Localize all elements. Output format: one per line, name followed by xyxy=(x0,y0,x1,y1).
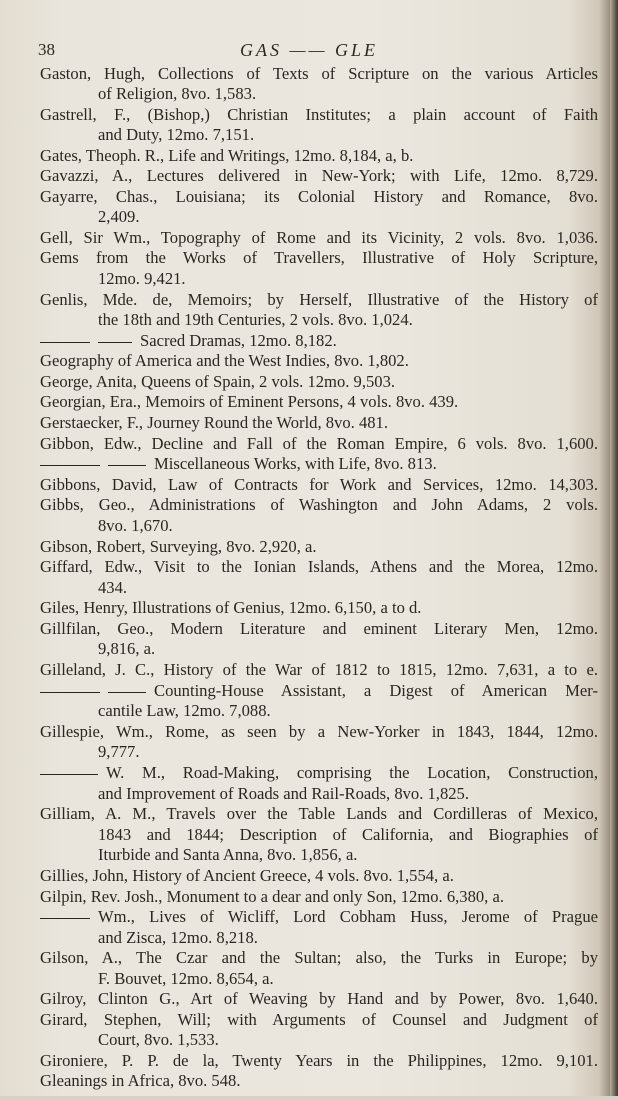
entry-text: Sacred Dramas, 12mo. 8,182. xyxy=(140,331,337,350)
entry-text: Gilpin, Rev. Josh., Monument to a dear a… xyxy=(40,887,504,906)
entry-text: Gilliam, A. M., Travels over the Table L… xyxy=(40,804,598,823)
entry-text: 8vo. 1,670. xyxy=(98,516,173,535)
catalog-entry-continuation: and Zisca, 12mo. 8,218. xyxy=(98,928,598,948)
entry-text: and Zisca, 12mo. 8,218. xyxy=(98,928,258,947)
entry-text: Gates, Theoph. R., Life and Writings, 12… xyxy=(40,146,413,165)
entry-text: Gironiere, P. P. de la, Twenty Years in … xyxy=(40,1051,598,1070)
catalog-entry-line: Gironiere, P. P. de la, Twenty Years in … xyxy=(40,1051,598,1071)
entry-text: 434. xyxy=(98,578,127,597)
entry-text: Miscellaneous Works, with Life, 8vo. 813… xyxy=(154,454,437,473)
entry-text: Gaston, Hugh, Collections of Texts of Sc… xyxy=(40,64,598,83)
ditto-rule xyxy=(108,692,146,693)
entry-text: Geography of America and the West Indies… xyxy=(40,351,409,370)
catalog-entry-line: Gastrell, F., (Bishop,) Christian Instit… xyxy=(40,105,598,125)
entry-text: 1843 and 1844; Description of California… xyxy=(98,825,598,844)
catalog-entry-line: Gleanings in Africa, 8vo. 548. xyxy=(40,1071,598,1091)
page-bottom-edge xyxy=(0,1096,618,1100)
entry-text: 12mo. 9,421. xyxy=(98,269,186,288)
catalog-entry-line: Gates, Theoph. R., Life and Writings, 12… xyxy=(40,146,598,166)
catalog-entry-line: Girard, Stephen, Will; with Arguments of… xyxy=(40,1010,598,1030)
catalog-entry-continuation: Court, 8vo. 1,533. xyxy=(98,1030,598,1050)
entry-text: Gibbon, Edw., Decline and Fall of the Ro… xyxy=(40,434,598,453)
catalog-entry-continuation: 8vo. 1,670. xyxy=(98,516,598,536)
catalog-entry-continuation: and Improvement of Roads and Rail-Roads,… xyxy=(98,784,598,804)
catalog-entry-line: Gems from the Works of Travellers, Illus… xyxy=(40,248,598,268)
catalog-entry-line: Gell, Sir Wm., Topography of Rome and it… xyxy=(40,228,598,248)
entry-text: F. Bouvet, 12mo. 8,654, a. xyxy=(98,969,274,988)
catalog-entry-continuation: the 18th and 19th Centuries, 2 vols. 8vo… xyxy=(98,310,598,330)
page-spine-edge xyxy=(610,0,618,1100)
entry-text: Court, 8vo. 1,533. xyxy=(98,1030,219,1049)
entry-text: Gillies, John, History of Ancient Greece… xyxy=(40,866,454,885)
catalog-entry-line: Gillies, John, History of Ancient Greece… xyxy=(40,866,598,886)
ditto-rule xyxy=(40,465,100,466)
entry-text: and Duty, 12mo. 7,151. xyxy=(98,125,254,144)
catalog-entry-line: Gilson, A., The Czar and the Sultan; als… xyxy=(40,948,598,968)
entry-text: Georgian, Era., Memoirs of Eminent Perso… xyxy=(40,392,458,411)
catalog-entry-line: Gayarre, Chas., Louisiana; its Colonial … xyxy=(40,187,598,207)
entry-text: Gavazzi, A., Lectures delivered in New-Y… xyxy=(40,166,598,185)
catalog-entry-continuation: Iturbide and Santa Anna, 8vo. 1,856, a. xyxy=(98,845,598,865)
entry-text: Gerstaecker, F., Journey Round the World… xyxy=(40,413,388,432)
catalog-entry-line: Giles, Henry, Illustrations of Genius, 1… xyxy=(40,598,598,618)
catalog-entry-line: Gibbons, David, Law of Contracts for Wor… xyxy=(40,475,598,495)
catalog-entry-line: Gibbs, Geo., Administrations of Washingt… xyxy=(40,495,598,515)
entry-text: Wm., Lives of Wicliff, Lord Cobham Huss,… xyxy=(98,907,598,926)
running-head: GAS —— GLE xyxy=(240,40,378,61)
page-number: 38 xyxy=(38,40,55,60)
entry-text: Gibson, Robert, Surveying, 8vo. 2,920, a… xyxy=(40,537,317,556)
catalog-entry-continuation: 2,409. xyxy=(98,207,598,227)
entry-text: Gleanings in Africa, 8vo. 548. xyxy=(40,1071,240,1090)
catalog-entry-line: Gavazzi, A., Lectures delivered in New-Y… xyxy=(40,166,598,186)
entry-text: Gillfilan, Geo., Modern Literature and e… xyxy=(40,619,598,638)
catalog-entry-line: Gilleland, J. C., History of the War of … xyxy=(40,660,598,680)
entry-text: Counting-House Assistant, a Digest of Am… xyxy=(154,681,598,700)
catalog-entry-line: Gaston, Hugh, Collections of Texts of Sc… xyxy=(40,64,598,84)
catalog-entry-continuation: 12mo. 9,421. xyxy=(98,269,598,289)
entry-text: Gillespie, Wm., Rome, as seen by a New-Y… xyxy=(40,722,598,741)
entry-text: Gayarre, Chas., Louisiana; its Colonial … xyxy=(40,187,598,206)
catalog-entry-line: W. M., Road-Making, comprising the Locat… xyxy=(40,763,598,783)
catalog-entry-continuation: 9,777. xyxy=(98,742,598,762)
entry-text: 2,409. xyxy=(98,207,139,226)
ditto-rule xyxy=(40,692,100,693)
catalog-entry-line: Genlis, Mde. de, Memoirs; by Herself, Il… xyxy=(40,290,598,310)
catalog-entry-line: Counting-House Assistant, a Digest of Am… xyxy=(40,681,598,701)
entry-text: the 18th and 19th Centuries, 2 vols. 8vo… xyxy=(98,310,413,329)
entry-text: Gell, Sir Wm., Topography of Rome and it… xyxy=(40,228,598,247)
entry-text: Gilson, A., The Czar and the Sultan; als… xyxy=(40,948,598,967)
ditto-rule xyxy=(40,342,90,343)
catalog-entry-line: Gilliam, A. M., Travels over the Table L… xyxy=(40,804,598,824)
catalog-entry-line: Gillespie, Wm., Rome, as seen by a New-Y… xyxy=(40,722,598,742)
catalog-entry-line: Miscellaneous Works, with Life, 8vo. 813… xyxy=(40,454,598,474)
entry-text: 9,777. xyxy=(98,742,139,761)
catalog-entry-continuation: 1843 and 1844; Description of California… xyxy=(98,825,598,845)
entry-text: George, Anita, Queens of Spain, 2 vols. … xyxy=(40,372,395,391)
book-page: 38 GAS —— GLE Gaston, Hugh, Collections … xyxy=(0,0,618,1100)
ditto-rule xyxy=(98,342,132,343)
catalog-entry-continuation: 434. xyxy=(98,578,598,598)
entry-text: Giles, Henry, Illustrations of Genius, 1… xyxy=(40,598,421,617)
ditto-rule xyxy=(40,918,90,919)
ditto-rule xyxy=(108,465,146,466)
catalog-entry-line: Gibbon, Edw., Decline and Fall of the Ro… xyxy=(40,434,598,454)
catalog-entry-continuation: cantile Law, 12mo. 7,088. xyxy=(98,701,598,721)
catalog-entry-continuation: and Duty, 12mo. 7,151. xyxy=(98,125,598,145)
catalog-entry-line: Gilroy, Clinton G., Art of Weaving by Ha… xyxy=(40,989,598,1009)
catalog-entry-line: Gillfilan, Geo., Modern Literature and e… xyxy=(40,619,598,639)
entry-text: Gibbs, Geo., Administrations of Washingt… xyxy=(40,495,598,514)
entry-text: and Improvement of Roads and Rail-Roads,… xyxy=(98,784,469,803)
entry-text: Gibbons, David, Law of Contracts for Wor… xyxy=(40,475,598,494)
catalog-entry-line: George, Anita, Queens of Spain, 2 vols. … xyxy=(40,372,598,392)
catalog-entry-line: Sacred Dramas, 12mo. 8,182. xyxy=(40,331,598,351)
entry-text: Gems from the Works of Travellers, Illus… xyxy=(40,248,598,267)
entry-text: Genlis, Mde. de, Memoirs; by Herself, Il… xyxy=(40,290,598,309)
entry-text: Gilroy, Clinton G., Art of Weaving by Ha… xyxy=(40,989,598,1008)
entry-text: Iturbide and Santa Anna, 8vo. 1,856, a. xyxy=(98,845,357,864)
catalog-entry-line: Wm., Lives of Wicliff, Lord Cobham Huss,… xyxy=(40,907,598,927)
ditto-rule xyxy=(40,774,98,775)
entry-text: Gastrell, F., (Bishop,) Christian Instit… xyxy=(40,105,598,124)
catalog-entry-line: Geography of America and the West Indies… xyxy=(40,351,598,371)
catalog-entry-line: Giffard, Edw., Visit to the Ionian Islan… xyxy=(40,557,598,577)
entry-text: W. M., Road-Making, comprising the Locat… xyxy=(106,763,598,782)
catalog-entry-continuation: F. Bouvet, 12mo. 8,654, a. xyxy=(98,969,598,989)
catalog-entry-line: Gilpin, Rev. Josh., Monument to a dear a… xyxy=(40,887,598,907)
entry-text: of Religion, 8vo. 1,583. xyxy=(98,84,256,103)
catalog-entry-continuation: 9,816, a. xyxy=(98,639,598,659)
catalog-entry-line: Gibson, Robert, Surveying, 8vo. 2,920, a… xyxy=(40,537,598,557)
entry-text: cantile Law, 12mo. 7,088. xyxy=(98,701,271,720)
catalog-entry-line: Gerstaecker, F., Journey Round the World… xyxy=(40,413,598,433)
entry-text: Girard, Stephen, Will; with Arguments of… xyxy=(40,1010,598,1029)
entry-text: 9,816, a. xyxy=(98,639,155,658)
entry-text: Gilleland, J. C., History of the War of … xyxy=(40,660,598,679)
entry-text: Giffard, Edw., Visit to the Ionian Islan… xyxy=(40,557,598,576)
catalog-entry-line: Georgian, Era., Memoirs of Eminent Perso… xyxy=(40,392,598,412)
catalog-entry-continuation: of Religion, 8vo. 1,583. xyxy=(98,84,598,104)
